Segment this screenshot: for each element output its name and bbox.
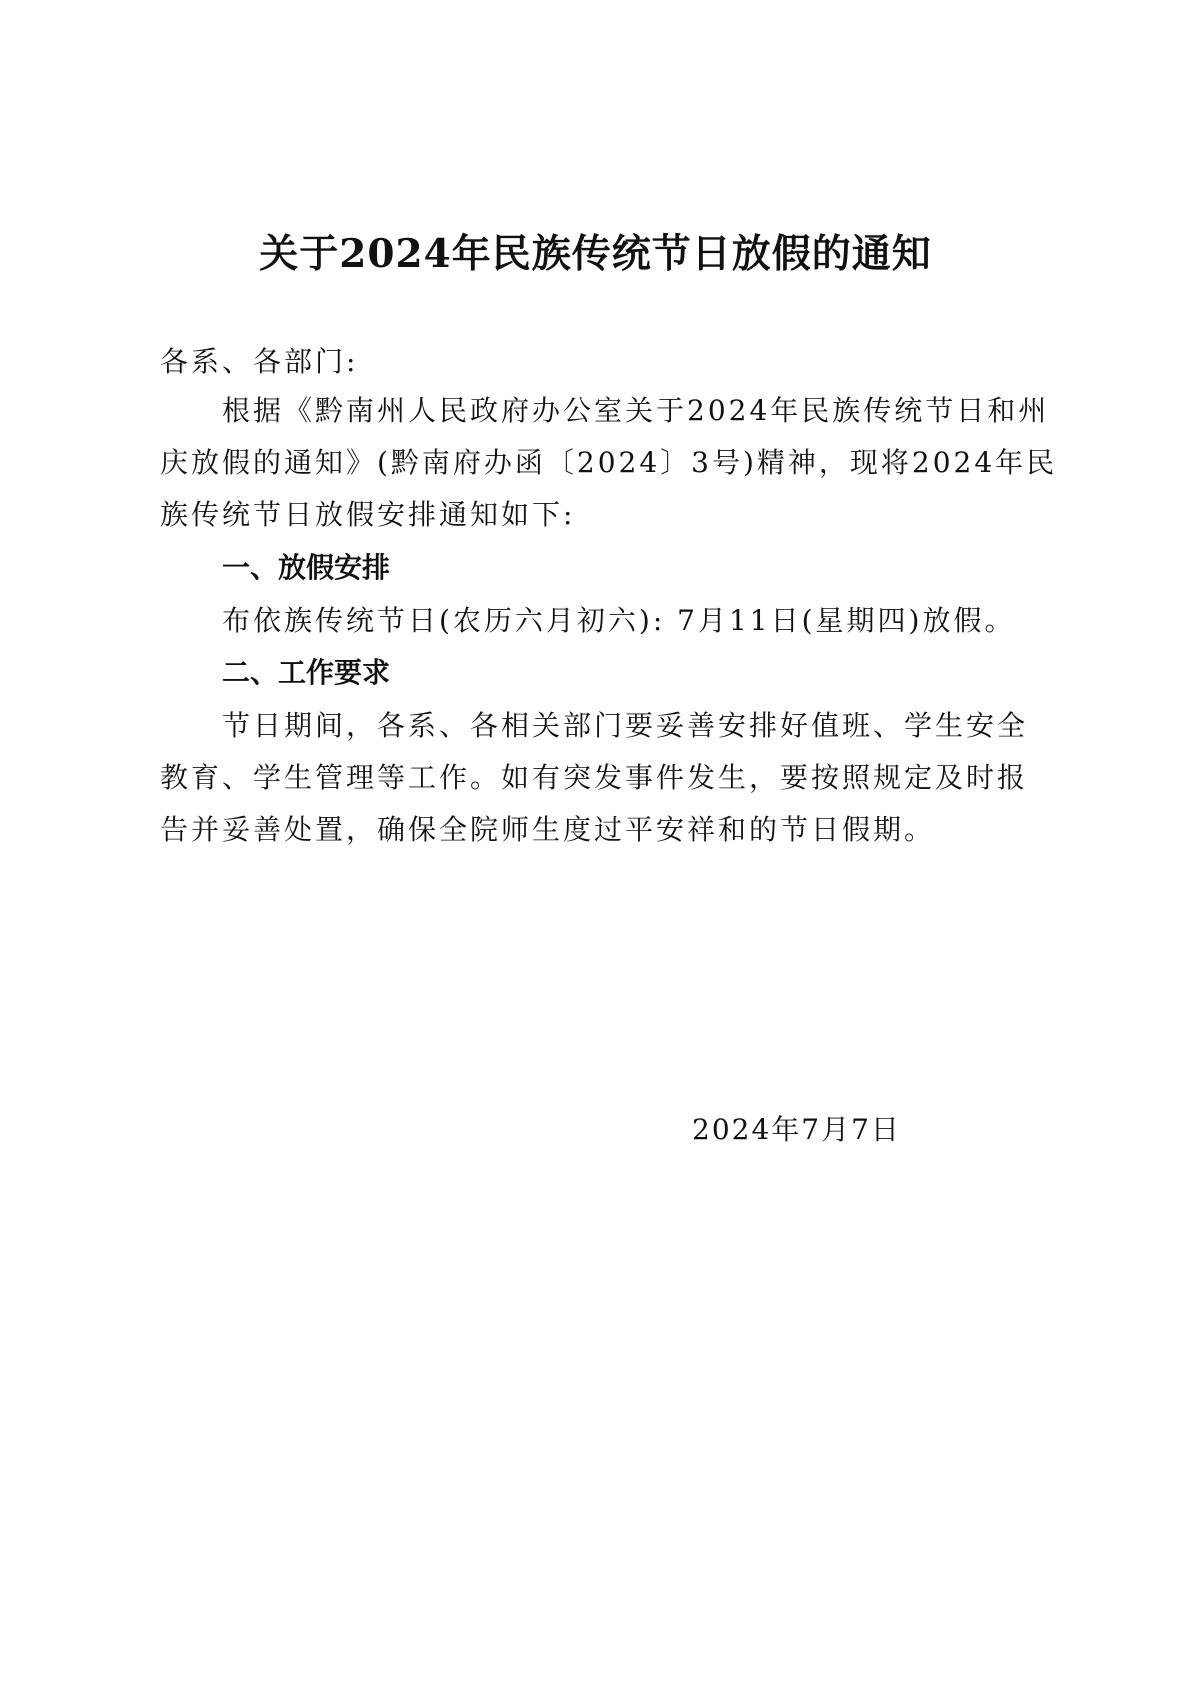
section-heading-work-requirements: 二、工作要求 xyxy=(222,653,390,693)
document-title: 关于2024年民族传统节日放假的通知 xyxy=(0,228,1191,280)
section-heading-holiday-arrangement: 一、放假安排 xyxy=(222,548,390,588)
salutation: 各系、各部门: xyxy=(160,342,358,382)
intro-line-3: 族传统节日放假安排通知如下: xyxy=(160,495,575,535)
work-requirements-line-2: 教育、学生管理等工作。如有突发事件发生，要按照规定及时报 xyxy=(160,758,1028,798)
intro-line-2: 庆放假的通知》(黔南府办函〔2024〕3号)精神，现将2024年民 xyxy=(160,443,1057,483)
intro-line-1: 根据《黔南州人民政府办公室关于2024年民族传统节日和州 xyxy=(222,391,1049,431)
document-page: 关于2024年民族传统节日放假的通知 各系、各部门: 根据《黔南州人民政府办公室… xyxy=(0,0,1191,1684)
holiday-arrangement-line-1: 布依族传统节日(农历六月初六): 7月11日(星期四)放假。 xyxy=(222,601,1015,641)
work-requirements-line-3: 告并妥善处置，确保全院师生度过平安祥和的节日假期。 xyxy=(160,810,935,850)
work-requirements-line-1: 节日期间，各系、各相关部门要妥善安排好值班、学生安全 xyxy=(222,706,1028,746)
document-date: 2024年7月7日 xyxy=(692,1110,901,1150)
